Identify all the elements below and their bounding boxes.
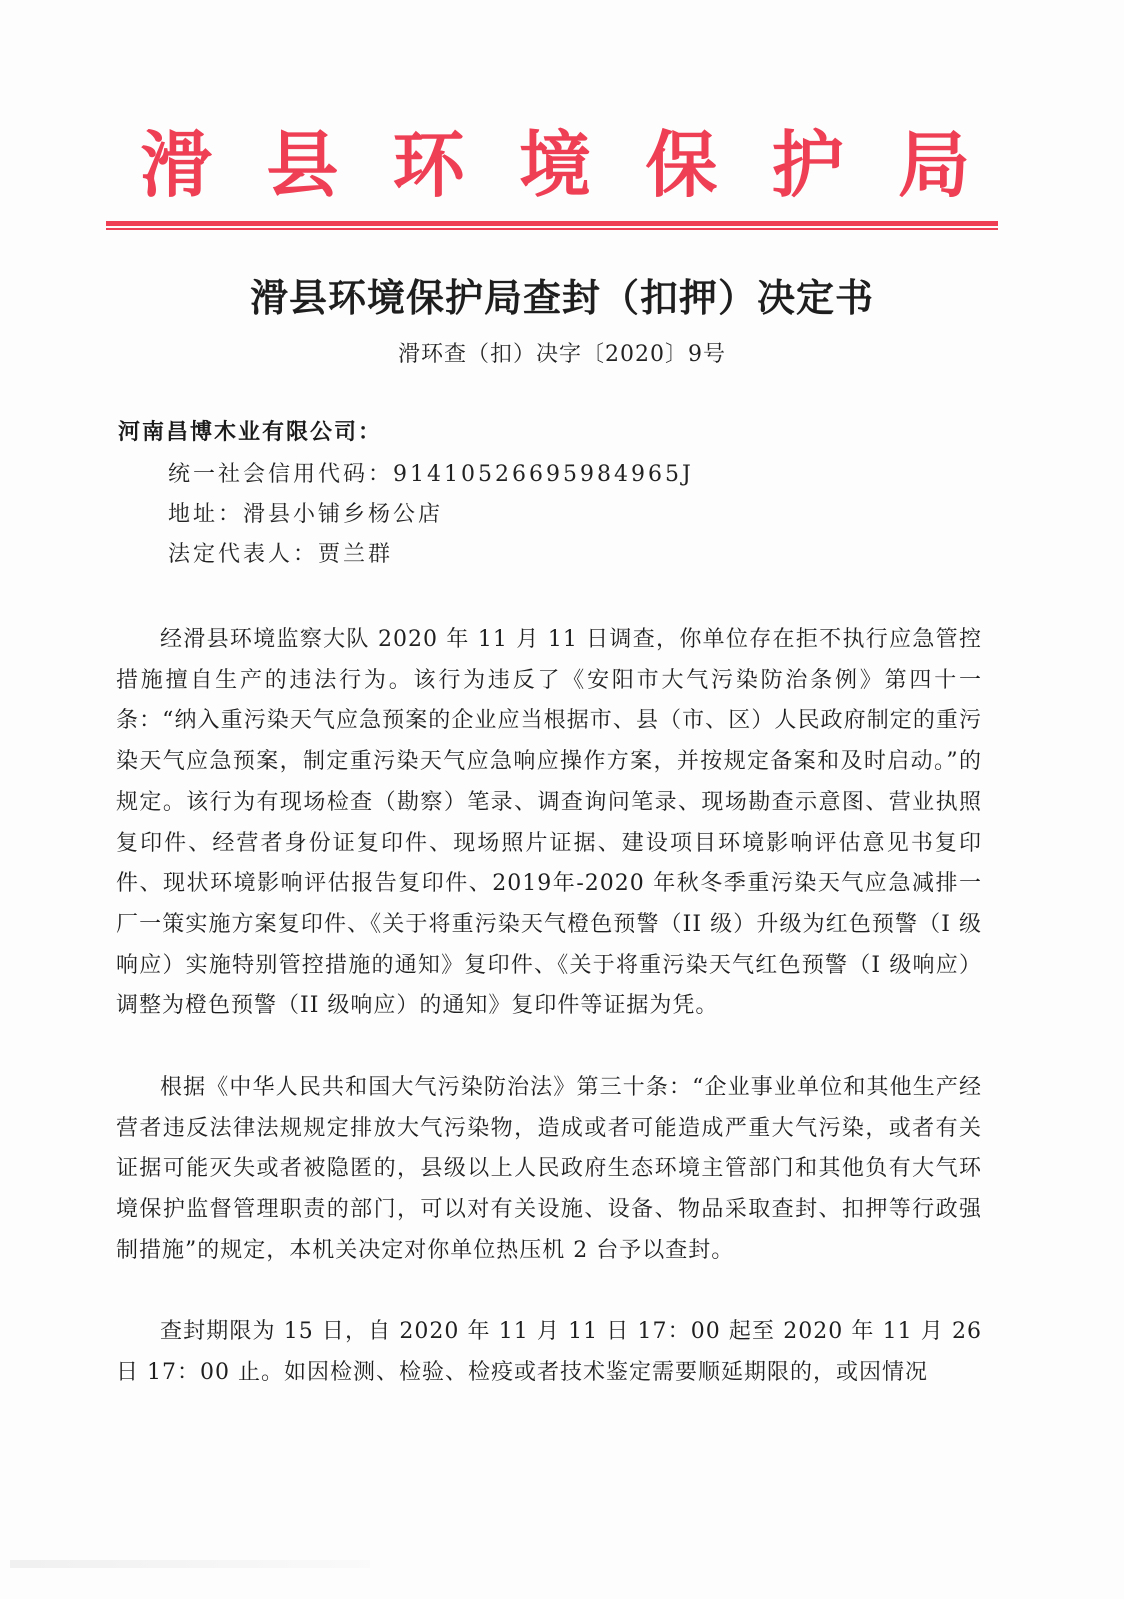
letterhead-char: 环 <box>393 120 465 210</box>
letterhead-char: 保 <box>645 120 717 210</box>
credit-code: 统一社会信用代码：91410526695984965J <box>168 458 694 492</box>
paragraph-investigation: 经滑县环境监察大队 2020 年 11 月 11 日调查，你单位存在拒不执行应急… <box>116 620 982 1027</box>
recipient-name: 河南昌博木业有限公司： <box>118 416 382 450</box>
letterhead-char: 护 <box>772 120 844 210</box>
paragraph-text: 查封期限为 15 日，自 2020 年 11 月 11 日 17：00 起至 2… <box>116 1312 982 1393</box>
scan-artifact <box>10 1560 370 1568</box>
paragraph-seal-period: 查封期限为 15 日，自 2020 年 11 月 11 日 17：00 起至 2… <box>116 1312 982 1393</box>
letterhead-char: 境 <box>519 120 591 210</box>
document-page: 滑 县 环 境 保 护 局 滑县环境保护局查封（扣押）决定书 滑环查（扣）决字〔… <box>0 0 1124 1599</box>
letterhead-char: 滑 <box>140 120 212 210</box>
letterhead-char: 局 <box>898 120 970 210</box>
paragraph-text: 经滑县环境监察大队 2020 年 11 月 11 日调查，你单位存在拒不执行应急… <box>116 620 982 1027</box>
letterhead-divider-thin <box>106 228 998 230</box>
document-title: 滑县环境保护局查封（扣押）决定书 <box>0 270 1124 326</box>
legal-representative: 法定代表人：贾兰群 <box>168 538 393 572</box>
letterhead-divider-thick <box>106 221 998 226</box>
letterhead-char: 县 <box>266 120 338 210</box>
paragraph-legal-basis: 根据《中华人民共和国大气污染防治法》第三十条：“企业事业单位和其他生产经营者违反… <box>116 1068 982 1272</box>
letterhead: 滑 县 环 境 保 护 局 <box>140 120 970 210</box>
address: 地址：滑县小铺乡杨公店 <box>168 498 443 532</box>
paragraph-text: 根据《中华人民共和国大气污染防治法》第三十条：“企业事业单位和其他生产经营者违反… <box>116 1068 982 1272</box>
document-number: 滑环查（扣）决字〔2020〕9号 <box>0 338 1124 372</box>
